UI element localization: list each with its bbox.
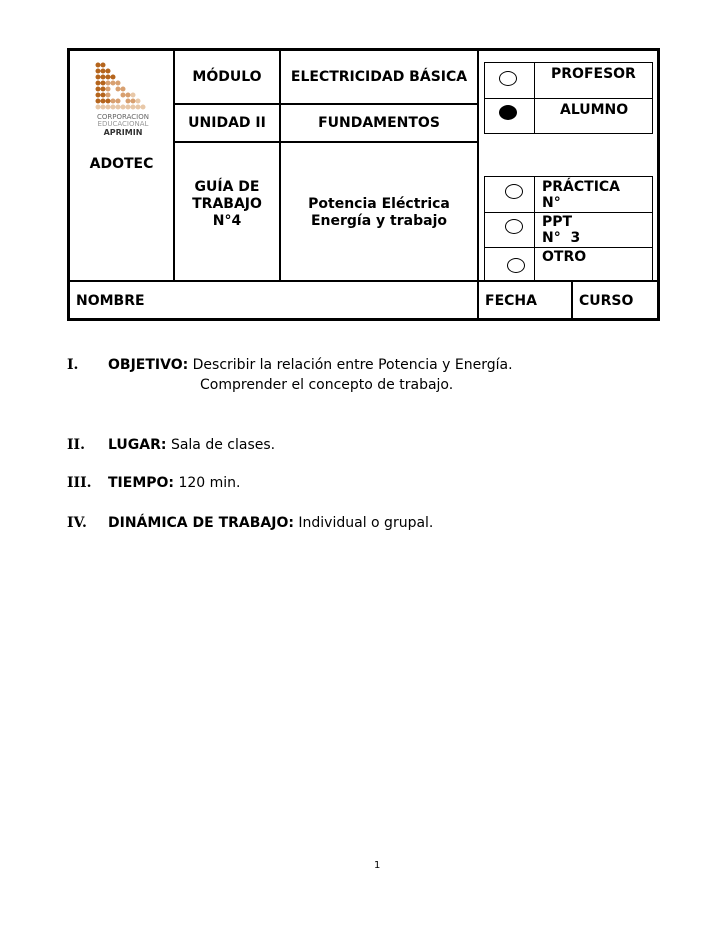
section-body: Individual o grupal. bbox=[294, 515, 433, 531]
radio-practica[interactable] bbox=[505, 184, 523, 199]
guia-line: N°4 bbox=[213, 213, 241, 230]
section-label: TIEMPO: bbox=[108, 475, 174, 491]
page-number: 1 bbox=[374, 860, 380, 871]
type-label-ppt: PPT N° 3 bbox=[542, 214, 580, 246]
guia-line: TRABAJO bbox=[192, 196, 262, 213]
institution-name: ADOTEC bbox=[70, 151, 173, 177]
section-text: TIEMPO: 120 min. bbox=[108, 475, 241, 491]
type-line: N° 3 bbox=[542, 230, 580, 246]
type-line: PPT bbox=[542, 214, 580, 230]
header-table: CORPORACION EDUCACIONAL APRIMIN ADOTEC M… bbox=[67, 48, 660, 321]
type-line: PRÁCTICA bbox=[542, 179, 620, 195]
section-text: LUGAR: Sala de clases. bbox=[108, 437, 275, 453]
divider bbox=[534, 177, 535, 280]
topic-title: Potencia Eléctrica Energía y trabajo bbox=[281, 143, 477, 280]
unidad-label: UNIDAD II bbox=[175, 105, 279, 141]
guia-line: GUÍA DE bbox=[195, 179, 260, 196]
type-selector: PRÁCTICA N° PPT N° 3 OTRO bbox=[484, 176, 653, 281]
curso-label: CURSO bbox=[579, 282, 659, 321]
divider bbox=[485, 212, 652, 213]
radio-otro[interactable] bbox=[507, 258, 525, 273]
modulo-value: ELECTRICIDAD BÁSICA bbox=[281, 51, 477, 103]
section-label: OBJETIVO: bbox=[108, 357, 188, 373]
section-label: DINÁMICA DE TRABAJO: bbox=[108, 515, 294, 531]
radio-alumno[interactable] bbox=[499, 105, 517, 120]
section-number: IV. bbox=[67, 515, 87, 531]
aprimin-logo: CORPORACION EDUCACIONAL APRIMIN bbox=[92, 61, 154, 145]
type-label-otro: OTRO bbox=[542, 249, 586, 265]
type-label-practica: PRÁCTICA N° bbox=[542, 179, 620, 211]
section-text: OBJETIVO: Describir la relación entre Po… bbox=[108, 357, 513, 373]
role-selector: PROFESOR ALUMNO bbox=[484, 62, 653, 134]
svg-text:APRIMIN: APRIMIN bbox=[104, 128, 143, 137]
section-text: DINÁMICA DE TRABAJO: Individual o grupal… bbox=[108, 515, 433, 531]
radio-ppt[interactable] bbox=[505, 219, 523, 234]
section-number: II. bbox=[67, 437, 85, 453]
section-label: LUGAR: bbox=[108, 437, 167, 453]
section-body: 120 min. bbox=[174, 475, 240, 491]
section-body: Sala de clases. bbox=[167, 437, 276, 453]
divider bbox=[485, 247, 652, 248]
topic-line: Potencia Eléctrica bbox=[308, 196, 450, 213]
section-number: III. bbox=[67, 475, 92, 491]
topic-line: Energía y trabajo bbox=[311, 213, 447, 230]
radio-profesor[interactable] bbox=[499, 71, 517, 86]
unidad-value: FUNDAMENTOS bbox=[281, 105, 477, 141]
svg-text:EDUCACIONAL: EDUCACIONAL bbox=[98, 120, 149, 128]
divider bbox=[571, 281, 573, 321]
section-number: I. bbox=[67, 357, 78, 373]
type-line: N° bbox=[542, 195, 620, 211]
fecha-label: FECHA bbox=[485, 282, 565, 321]
role-label-alumno: ALUMNO bbox=[560, 102, 628, 118]
nombre-label: NOMBRE bbox=[76, 282, 166, 321]
modulo-label: MÓDULO bbox=[175, 51, 279, 103]
role-label-profesor: PROFESOR bbox=[551, 66, 636, 82]
section-body: Describir la relación entre Potencia y E… bbox=[188, 357, 512, 373]
logo-mark-icon: CORPORACION EDUCACIONAL APRIMIN bbox=[92, 61, 154, 141]
section-body-line2: Comprender el concepto de trabajo. bbox=[200, 377, 453, 393]
divider bbox=[485, 98, 652, 99]
guia-label: GUÍA DE TRABAJO N°4 bbox=[175, 143, 279, 280]
